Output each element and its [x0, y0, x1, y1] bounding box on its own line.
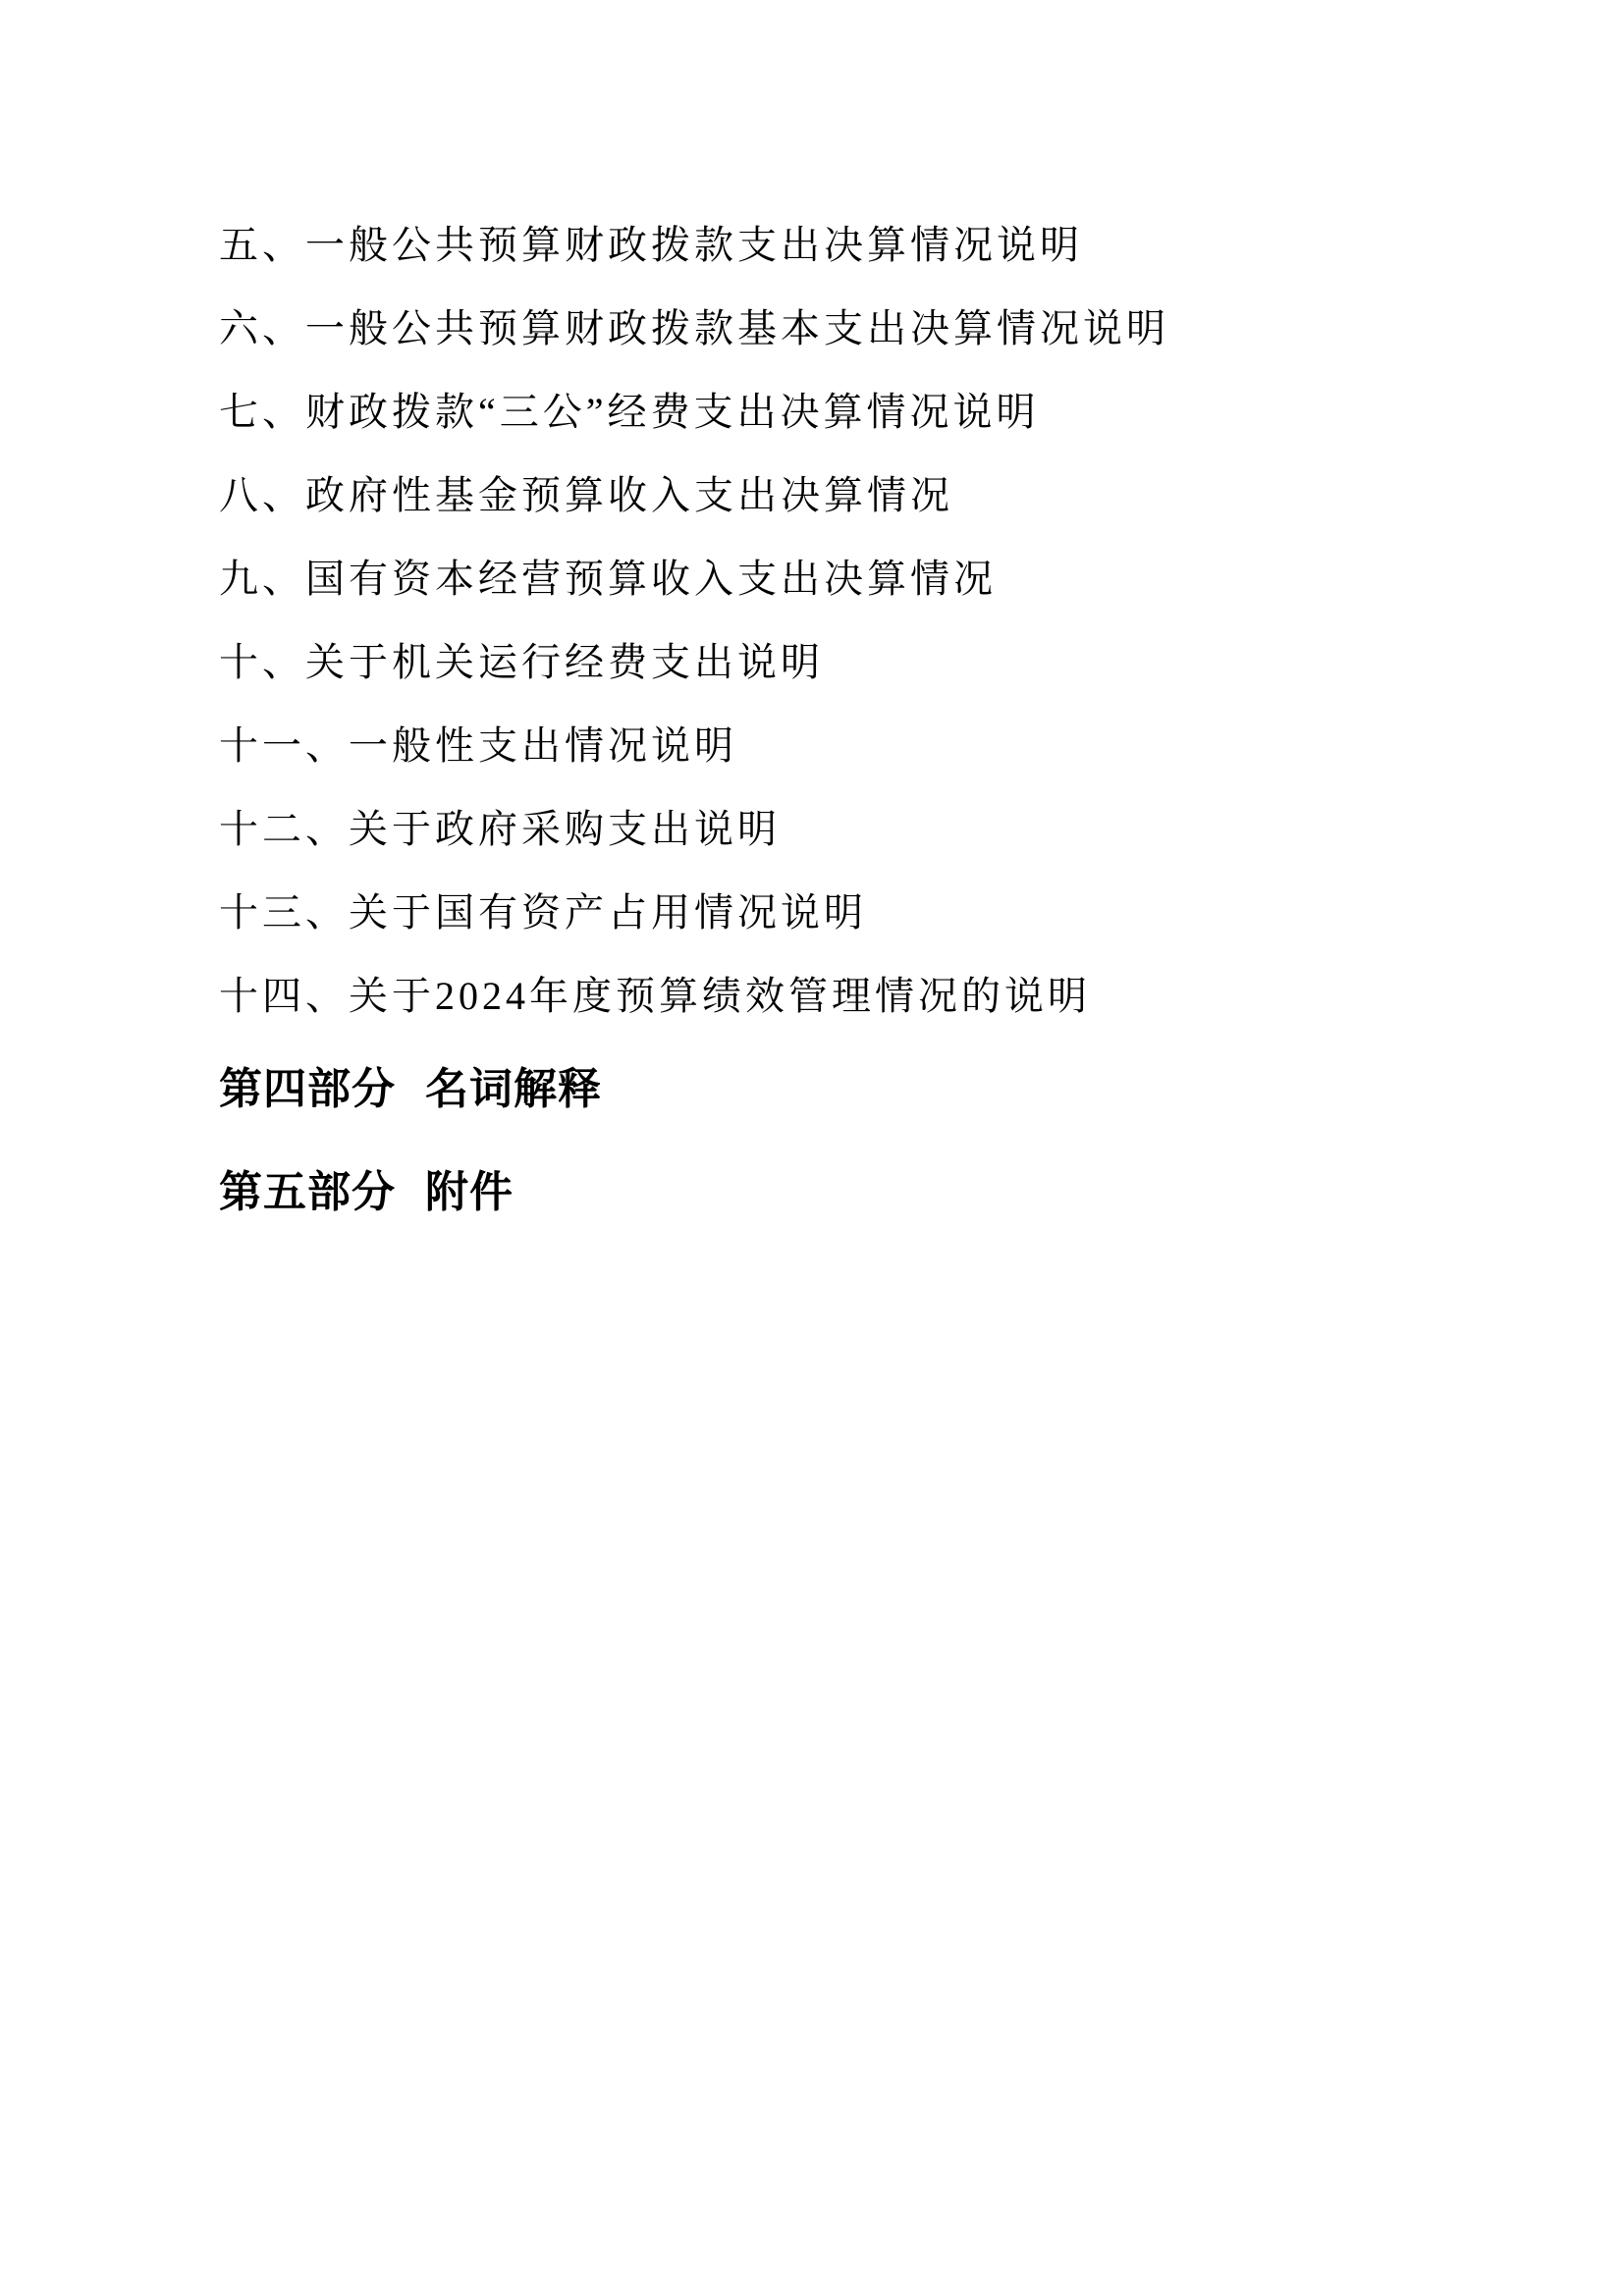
toc-item: 十一、一般性支出情况说明	[219, 704, 1169, 787]
section-title: 附件	[425, 1168, 514, 1216]
toc-item: 五、一般公共预算财政拨款支出决算情况说明	[219, 203, 1169, 287]
toc-item: 十、关于机关运行经费支出说明	[219, 620, 1169, 704]
toc-item: 九、国有资本经营预算收入支出决算情况	[219, 537, 1169, 620]
toc-item: 十三、关于国有资产占用情况说明	[219, 871, 1169, 954]
toc-item: 六、一般公共预算财政拨款基本支出决算情况说明	[219, 287, 1169, 370]
toc-item: 七、财政拨款“三公”经费支出决算情况说明	[219, 370, 1169, 454]
document-page: 五、一般公共预算财政拨款支出决算情况说明 六、一般公共预算财政拨款基本支出决算情…	[0, 0, 1624, 2296]
section-label: 第五部分	[219, 1168, 396, 1216]
section-heading-part4: 第四部分名词解释	[219, 1038, 1169, 1141]
toc-item: 十二、关于政府采购支出说明	[219, 787, 1169, 871]
table-of-contents: 五、一般公共预算财政拨款支出决算情况说明 六、一般公共预算财政拨款基本支出决算情…	[219, 203, 1169, 1244]
toc-item: 十四、关于2024年度预算绩效管理情况的说明	[219, 954, 1169, 1038]
toc-item: 八、政府性基金预算收入支出决算情况	[219, 454, 1169, 537]
section-label: 第四部分	[219, 1065, 396, 1113]
section-heading-part5: 第五部分附件	[219, 1141, 1169, 1244]
section-title: 名词解释	[425, 1065, 602, 1113]
